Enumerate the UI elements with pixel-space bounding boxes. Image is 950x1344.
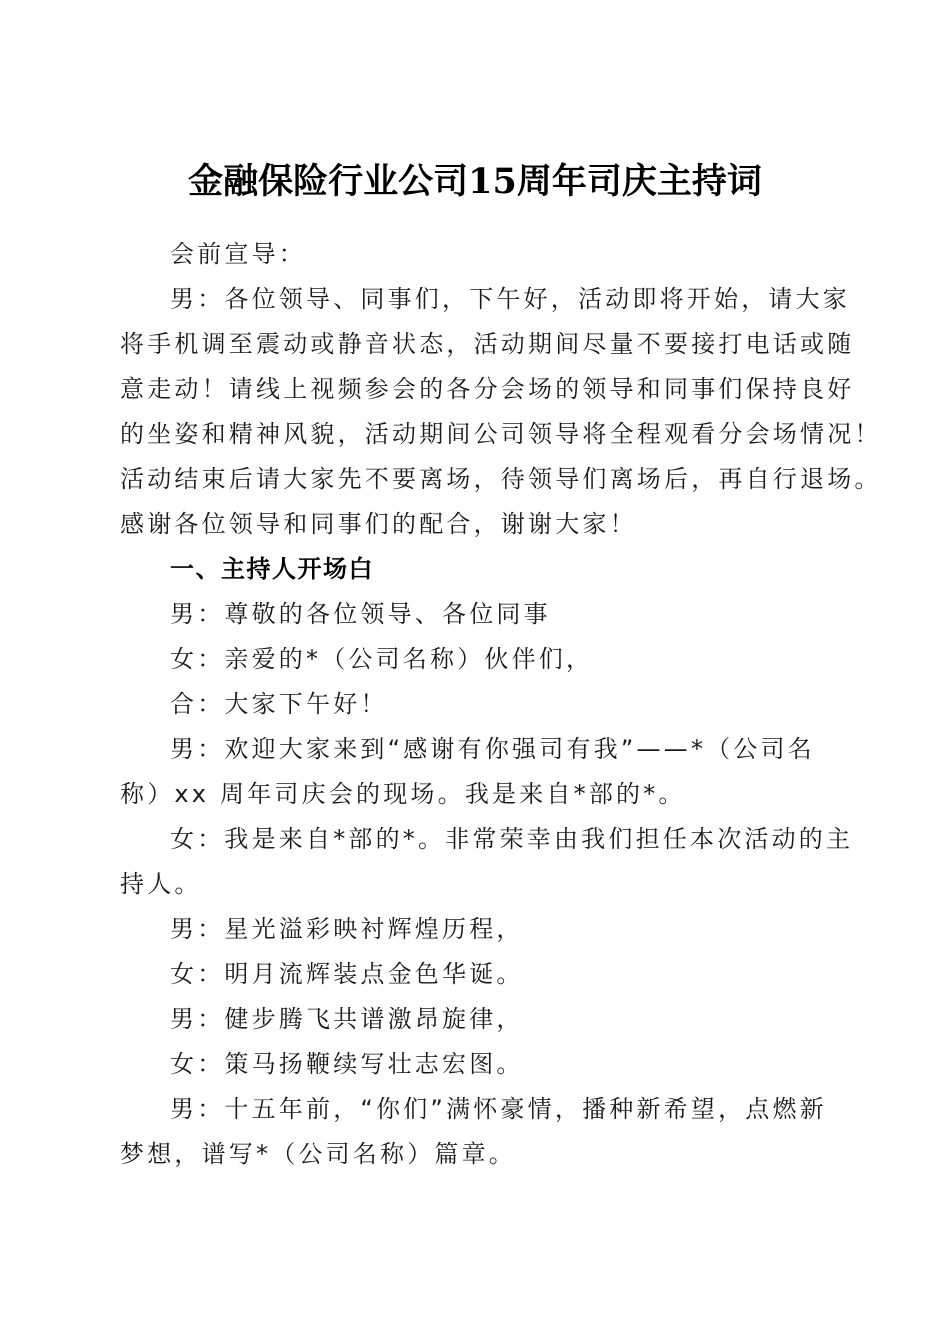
text-line: 男：尊敬的各位领导、各位同事 — [120, 592, 840, 637]
text-line: 将手机调至震动或静音状态，活动期间尽量不要接打电话或随 — [120, 322, 840, 367]
text-line: 活动结束后请大家先不要离场，待领导们离场后，再自行退场。 — [120, 457, 840, 502]
text-line: 女：我是来自*部的*。非常荣幸由我们担任本次活动的主 — [120, 817, 840, 862]
paragraph-dialogue: 合：大家下午好！ — [120, 682, 840, 727]
text-line: 男：欢迎大家来到“感谢有你强司有我”——*（公司名 — [120, 727, 840, 772]
paragraph-dialogue: 男：星光溢彩映衬辉煌历程， — [120, 907, 840, 952]
text-line: 合：大家下午好！ — [120, 682, 840, 727]
paragraph-pre-briefing: 男：各位领导、同事们，下午好，活动即将开始，请大家 将手机调至震动或静音状态，活… — [120, 277, 840, 547]
text-line: 男：十五年前，“你们”满怀豪情，播种新希望，点燃新 — [120, 1087, 840, 1132]
text-line: 持人。 — [120, 862, 840, 907]
paragraph-dialogue: 男：健步腾飞共谱激昂旋律， — [120, 997, 840, 1042]
text-line: 称）xx 周年司庆会的现场。我是来自*部的*。 — [120, 772, 840, 817]
text-line: 男：各位领导、同事们，下午好，活动即将开始，请大家 — [120, 277, 840, 322]
paragraph-dialogue: 男：欢迎大家来到“感谢有你强司有我”——*（公司名 称）xx 周年司庆会的现场。… — [120, 727, 840, 817]
paragraph-dialogue: 女：我是来自*部的*。非常荣幸由我们担任本次活动的主 持人。 — [120, 817, 840, 907]
text-line: 会前宣导： — [120, 232, 840, 277]
text-line: 的坐姿和精神风貌，活动期间公司领导将全程观看分会场情况！ — [120, 412, 840, 457]
document-page: 金融保险行业公司15周年司庆主持词 会前宣导： 男：各位领导、同事们，下午好，活… — [0, 0, 950, 1344]
paragraph-dialogue: 男：十五年前，“你们”满怀豪情，播种新希望，点燃新 梦想，谱写*（公司名称）篇章… — [120, 1087, 840, 1177]
paragraph-dialogue: 女：明月流辉装点金色华诞。 — [120, 952, 840, 997]
text-line: 梦想，谱写*（公司名称）篇章。 — [120, 1132, 840, 1177]
heading-text: 一、主持人开场白 — [120, 547, 840, 592]
section-heading-opening: 一、主持人开场白 — [120, 547, 840, 592]
paragraph-dialogue: 男：尊敬的各位领导、各位同事 — [120, 592, 840, 637]
document-title: 金融保险行业公司15周年司庆主持词 — [0, 156, 950, 208]
text-line: 感谢各位领导和同事们的配合，谢谢大家！ — [120, 502, 840, 547]
document-body: 会前宣导： 男：各位领导、同事们，下午好，活动即将开始，请大家 将手机调至震动或… — [120, 232, 840, 1177]
text-line: 女：亲爱的*（公司名称）伙伴们， — [120, 637, 840, 682]
text-line: 意走动！请线上视频参会的各分会场的领导和同事们保持良好 — [120, 367, 840, 412]
paragraph-dialogue: 女：亲爱的*（公司名称）伙伴们， — [120, 637, 840, 682]
text-line: 女：明月流辉装点金色华诞。 — [120, 952, 840, 997]
text-line: 男：星光溢彩映衬辉煌历程， — [120, 907, 840, 952]
paragraph-dialogue: 女：策马扬鞭续写壮志宏图。 — [120, 1042, 840, 1087]
paragraph-pre-briefing-label: 会前宣导： — [120, 232, 840, 277]
text-line: 男：健步腾飞共谱激昂旋律， — [120, 997, 840, 1042]
text-line: 女：策马扬鞭续写壮志宏图。 — [120, 1042, 840, 1087]
